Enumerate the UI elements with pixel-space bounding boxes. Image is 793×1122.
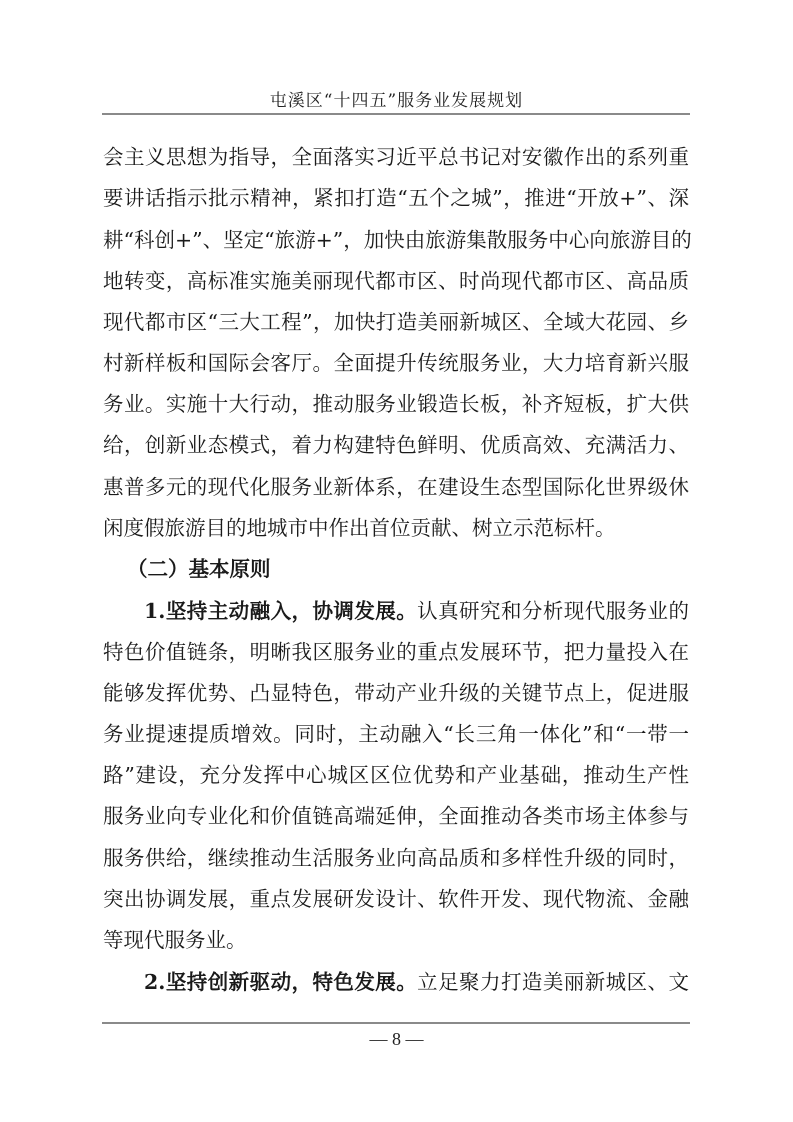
paragraph-line: 村新样板和国际会客厅。全面提升传统服务业，大力培育新兴服: [103, 348, 689, 378]
paragraph-line: 要讲话指示批示精神，紧扣打造“五个之城”，推进“开放+”、深: [103, 183, 689, 213]
paragraph-line: 闲度假旅游目的地城市中作出首位贡献、树立示范标杆。: [103, 513, 689, 543]
paragraph-line: 突出协调发展，重点发展研发设计、软件开发、现代物流、金融: [103, 884, 689, 914]
paragraph-line: 服务供给，继续推动生活服务业向高品质和多样性升级的同时，: [103, 843, 689, 873]
section-heading: （二）基本原则: [127, 554, 672, 584]
footer-divider: [102, 1022, 690, 1024]
paragraph-line: 服务业向专业化和价值链高端延伸，全面推动各类市场主体参与: [103, 801, 689, 831]
page-number: — 8 —: [0, 1029, 793, 1050]
running-header-title: 屯溪区“十四五”服务业发展规划: [0, 86, 793, 111]
paragraph-line: 会主义思想为指导，全面落实习近平总书记对安徽作出的系列重: [103, 142, 689, 172]
paragraph-line: 能够发挥优势、凸显特色，带动产业升级的关键节点上，促进服: [103, 678, 689, 708]
principle-2-title: 2.坚持创新驱动，特色发展。: [144, 970, 417, 994]
paragraph-line: 地转变，高标准实施美丽现代都市区、时尚现代都市区、高品质: [103, 266, 689, 296]
paragraph-line: 耕“科创+”、坚定“旅游+”，加快由旅游集散服务中心向旅游目的: [103, 225, 689, 255]
paragraph-line: 务业提速提质增效。同时，主动融入“长三角一体化”和“一带一: [103, 719, 689, 749]
principle-1-title: 1.坚持主动融入，协调发展。: [144, 599, 417, 623]
paragraph-line: 特色价值链条，明晰我区服务业的重点发展环节，把力量投入在: [103, 637, 689, 667]
paragraph-line: 惠普多元的现代化服务业新体系，在建设生态型国际化世界级休: [103, 472, 689, 502]
principle-1-text: 认真研究和分析现代服务业的: [417, 599, 689, 623]
paragraph-line: 给，创新业态模式，着力构建特色鲜明、优质高效、充满活力、: [103, 430, 689, 460]
header-divider: [102, 113, 690, 115]
paragraph-line: 现代都市区“三大工程”，加快打造美丽新城区、全域大花园、乡: [103, 307, 689, 337]
paragraph-line: 路”建设，充分发挥中心城区区位优势和产业基础，推动生产性: [103, 760, 689, 790]
paragraph-line: 等现代服务业。: [103, 925, 689, 955]
principle-2-first-line: 2.坚持创新驱动，特色发展。立足聚力打造美丽新城区、文: [144, 967, 689, 997]
principle-1-first-line: 1.坚持主动融入，协调发展。认真研究和分析现代服务业的: [144, 596, 689, 626]
principle-2-text: 立足聚力打造美丽新城区、文: [417, 970, 689, 994]
paragraph-line: 务业。实施十大行动，推动服务业锻造长板，补齐短板，扩大供: [103, 389, 689, 419]
